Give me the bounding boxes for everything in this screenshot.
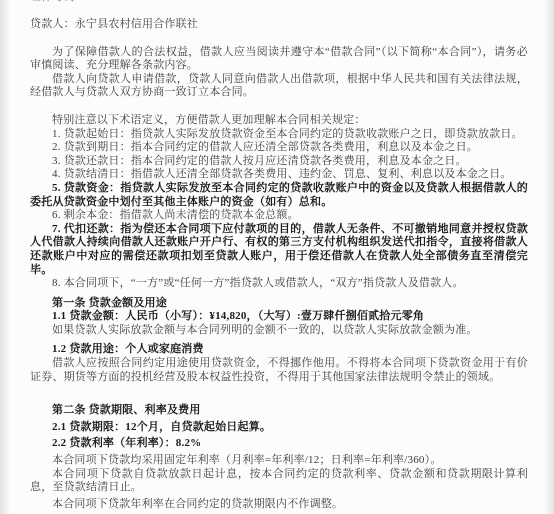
term-item-2: 2. 贷款到期日：指本合同约定的借款人应还清全部贷款各类费用，利息以及本金之日。 bbox=[30, 141, 528, 155]
term-item-6: 6. 剩余本金：指借款人尚未清偿的贷款本金总额。 bbox=[30, 209, 528, 223]
contract-scan-page: 证件号码：64122…贷款人：永宁县农村信用合作联社为了保障借款人的合法权益，借… bbox=[0, 0, 554, 514]
clause-2-2: 2.2 贷款利率（年利率）：8.2% bbox=[30, 437, 528, 451]
page-edge-left bbox=[0, 0, 10, 514]
term-item-7: 7. 代扣还款：指为偿还本合同项下应付款项的目的，借款人无条件、不可撤销地同意并… bbox=[30, 223, 528, 277]
clause-2-heading: 第二条 贷款期限、利率及费用 bbox=[30, 404, 528, 418]
term-item-8: 8. 本合同项下，“一方”或“任何一方”指贷款人或借款人，“双方”指贷款人及借款… bbox=[30, 277, 528, 291]
page-edge-right bbox=[544, 0, 554, 514]
clause-2-1: 2.1 贷款期限：12个月，自贷款起始日起算。 bbox=[30, 421, 528, 435]
term-item-3: 3. 贷款还款日：指本合同约定的借款人按月应还清贷款各类费用，利息及本金之日。 bbox=[30, 155, 528, 169]
clause-2-note-1: 本合同项下贷款均采用固定年利率（月利率=年利率/12；日利率=年利率/360）。 bbox=[30, 454, 528, 468]
term-item-4: 4. 贷款结清日：指借款人还清全部贷款各类费用、违约金、罚息、复利、利息以及本金… bbox=[30, 168, 528, 182]
intro-paragraph: 借款人向贷款人申请借款，贷款人同意向借款人出借款项，根据中华人民共和国有关法律法… bbox=[30, 73, 528, 100]
clause-1-2-note: 借款人应按照合同约定用途使用贷款资金，不得挪作他用。不得将本合同项下贷款资金用于… bbox=[30, 357, 528, 384]
terms-intro: 特别注意以下术语定义，方便借款人更加理解本合同相关规定： bbox=[30, 114, 528, 128]
clause-1-1-note: 如果贷款人实际放款金额与本合同列明的金额不一致的，以贷款人实际放款金额为准。 bbox=[30, 324, 528, 338]
clause-1-heading: 第一条 贷款金额及用途 bbox=[30, 297, 528, 311]
clause-2-note-2: 本合同项下贷款自贷款放款日起计息，按本合同约定的贷款利率、贷款金额和贷款期限计算… bbox=[30, 468, 528, 495]
contract-body: 证件号码：64122…贷款人：永宁县农村信用合作联社为了保障借款人的合法权益，借… bbox=[30, 0, 528, 511]
term-item-5: 5. 贷款资金：指贷款人实际发放至本合同约定的贷款收款账户中的资金以及贷款人根据… bbox=[30, 182, 528, 209]
clause-1-2: 1.2 贷款用途：个人或家庭消费 bbox=[30, 343, 528, 357]
clause-2-note-3: 本合同项下贷款年利率在合同约定的贷款期限内不作调整。 bbox=[30, 498, 528, 512]
clause-1-1: 1.1 贷款金额：人民币（小写）：¥14,820，（大写）:壹万肆仟捌佰贰拾元零… bbox=[30, 310, 528, 324]
clipped-id-line: 证件号码：64122… bbox=[30, 0, 528, 5]
intro-paragraph: 为了保障借款人的合法权益，借款人应当阅读并遵守本“借款合同”（以下简称“本合同”… bbox=[30, 46, 528, 73]
top-clipped-line-wrapper: 证件号码：64122… bbox=[30, 0, 528, 5]
term-item-1: 1. 贷款起始日：指贷款人实际发放贷款资金至本合同约定的贷款收款账户之日，即贷款… bbox=[30, 128, 528, 142]
lender-line: 贷款人：永宁县农村信用合作联社 bbox=[30, 18, 528, 32]
